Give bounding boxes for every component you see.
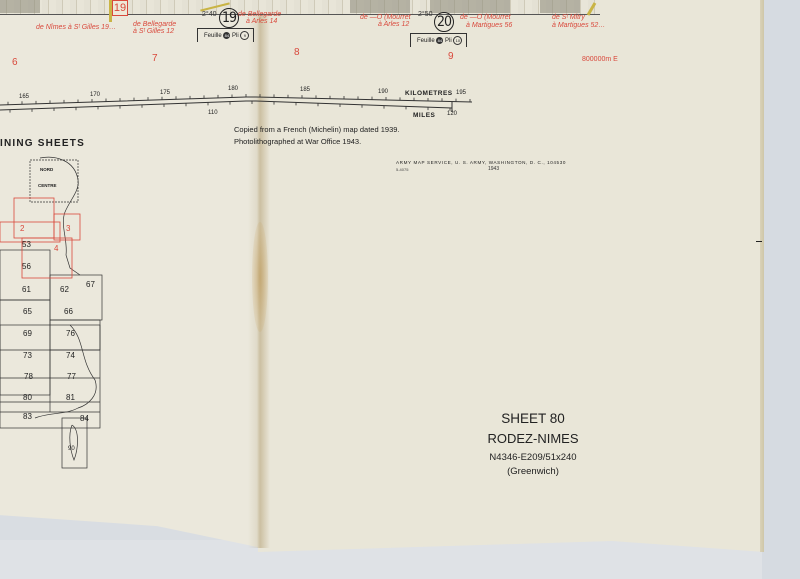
mile-tick-label: 110 <box>208 110 218 116</box>
mile-tick-label: 120 <box>447 111 457 117</box>
edition-code: 5-4075 <box>396 167 408 172</box>
route-label: de Nîmes à Sᵗ Gilles 19… <box>36 24 116 32</box>
index-sheet-number: 3 <box>66 224 70 233</box>
index-sheet-number: 73 <box>23 351 32 360</box>
route-label: à Arles 12 <box>378 21 409 29</box>
grid-number: 6 <box>12 57 18 68</box>
route-label: de —O (Mourret <box>460 14 511 22</box>
easting-label: 800000m E <box>582 56 618 64</box>
feuille-label: Feuille <box>417 38 435 44</box>
index-sheet-number: 90 <box>68 446 75 452</box>
index-sheet-number: 65 <box>23 307 32 316</box>
index-sheet-number: 83 <box>23 412 32 421</box>
sheet-meridian: (Greenwich) <box>478 466 588 477</box>
route-label: à Arles 14 <box>246 18 277 26</box>
region-label: CENTRE <box>38 183 57 188</box>
feuille-number: 84 <box>436 37 443 44</box>
route-label: à Martigues 52… <box>552 22 605 30</box>
route-label: à Sᵗ Gilles 12 <box>133 28 174 36</box>
index-sheet-number: 76 <box>66 329 75 338</box>
index-sheet-number: 81 <box>66 393 75 402</box>
longitude-label: 2°50 <box>418 11 432 18</box>
km-tick-label: 195 <box>456 90 466 96</box>
index-sheet-number: 56 <box>22 262 31 271</box>
index-sheet-number: 61 <box>22 285 31 294</box>
terrain-detail <box>0 0 40 13</box>
publisher-line: ARMY MAP SERVICE, U. S. ARMY, WASHINGTON… <box>396 160 566 165</box>
paper-edge <box>760 0 764 552</box>
background-wall <box>762 0 800 579</box>
print-note: Photolithographed at War Office 1943. <box>234 137 361 146</box>
km-tick-label: 165 <box>19 94 29 100</box>
water-stain <box>252 222 268 332</box>
index-sheet-number: 78 <box>24 372 33 381</box>
terrain-detail <box>350 0 410 13</box>
adjoining-sheets-index-map <box>0 150 110 480</box>
grid-number: 9 <box>448 51 454 62</box>
sheet-number-title: SHEET 80 <box>478 411 588 426</box>
feuille-reference-box: Feuille 84 Pli 9 <box>197 28 254 42</box>
red-route-number: 19 <box>112 0 128 16</box>
index-sheet-number: 67 <box>86 280 95 289</box>
feuille-number: 84 <box>223 32 230 39</box>
pli-label: Pli <box>232 33 239 39</box>
region-label: NORD <box>40 167 53 172</box>
mile-unit-label: MILES <box>413 112 435 119</box>
longitude-label: 2°40 <box>202 11 216 18</box>
grid-number: 7 <box>152 53 158 64</box>
sheet-name: RODEZ-NIMES <box>478 431 588 446</box>
pli-label: Pli <box>445 38 452 44</box>
km-unit-label: KILOMETRES <box>405 90 453 97</box>
feuille-reference-box: Feuille 84 Pli 10 <box>410 33 467 47</box>
source-note: Copied from a French (Michelin) map date… <box>234 125 400 134</box>
circled-sheet-number: 19 <box>219 8 239 28</box>
map-body-strip <box>0 0 600 15</box>
km-tick-label: 190 <box>378 89 388 95</box>
index-sheet-number: 74 <box>66 351 75 360</box>
publication-year: 1943 <box>488 166 499 172</box>
adjoining-sheets-title: INING SHEETS <box>0 138 85 149</box>
index-sheet-number: 77 <box>67 372 76 381</box>
index-sheet-number: 53 <box>22 240 31 249</box>
margin-tick <box>756 241 762 242</box>
grid-number: 8 <box>294 47 300 58</box>
sheet-grid-code: N4346-E209/51x240 <box>478 452 588 463</box>
terrain-detail <box>430 0 510 13</box>
index-sheet-number: 4 <box>54 244 58 253</box>
route-label: de Sᵗ Mitry <box>552 14 585 22</box>
scale-bar <box>0 82 480 122</box>
km-tick-label: 180 <box>228 86 238 92</box>
circled-sheet-number: 20 <box>434 12 454 32</box>
index-sheet-number: 84 <box>80 414 89 423</box>
pli-number: 10 <box>453 36 462 45</box>
index-sheet-number: 66 <box>64 307 73 316</box>
index-sheet-number: 2 <box>20 224 24 233</box>
feuille-label: Feuille <box>204 33 222 39</box>
km-tick-label: 175 <box>160 90 170 96</box>
index-sheet-number: 69 <box>23 329 32 338</box>
terrain-detail <box>540 0 580 13</box>
pli-number: 9 <box>240 31 249 40</box>
route-label: à Martigues 56 <box>466 22 512 30</box>
km-tick-label: 185 <box>300 87 310 93</box>
index-sheet-number: 80 <box>23 393 32 402</box>
index-sheet-number: 62 <box>60 285 69 294</box>
km-tick-label: 170 <box>90 92 100 98</box>
